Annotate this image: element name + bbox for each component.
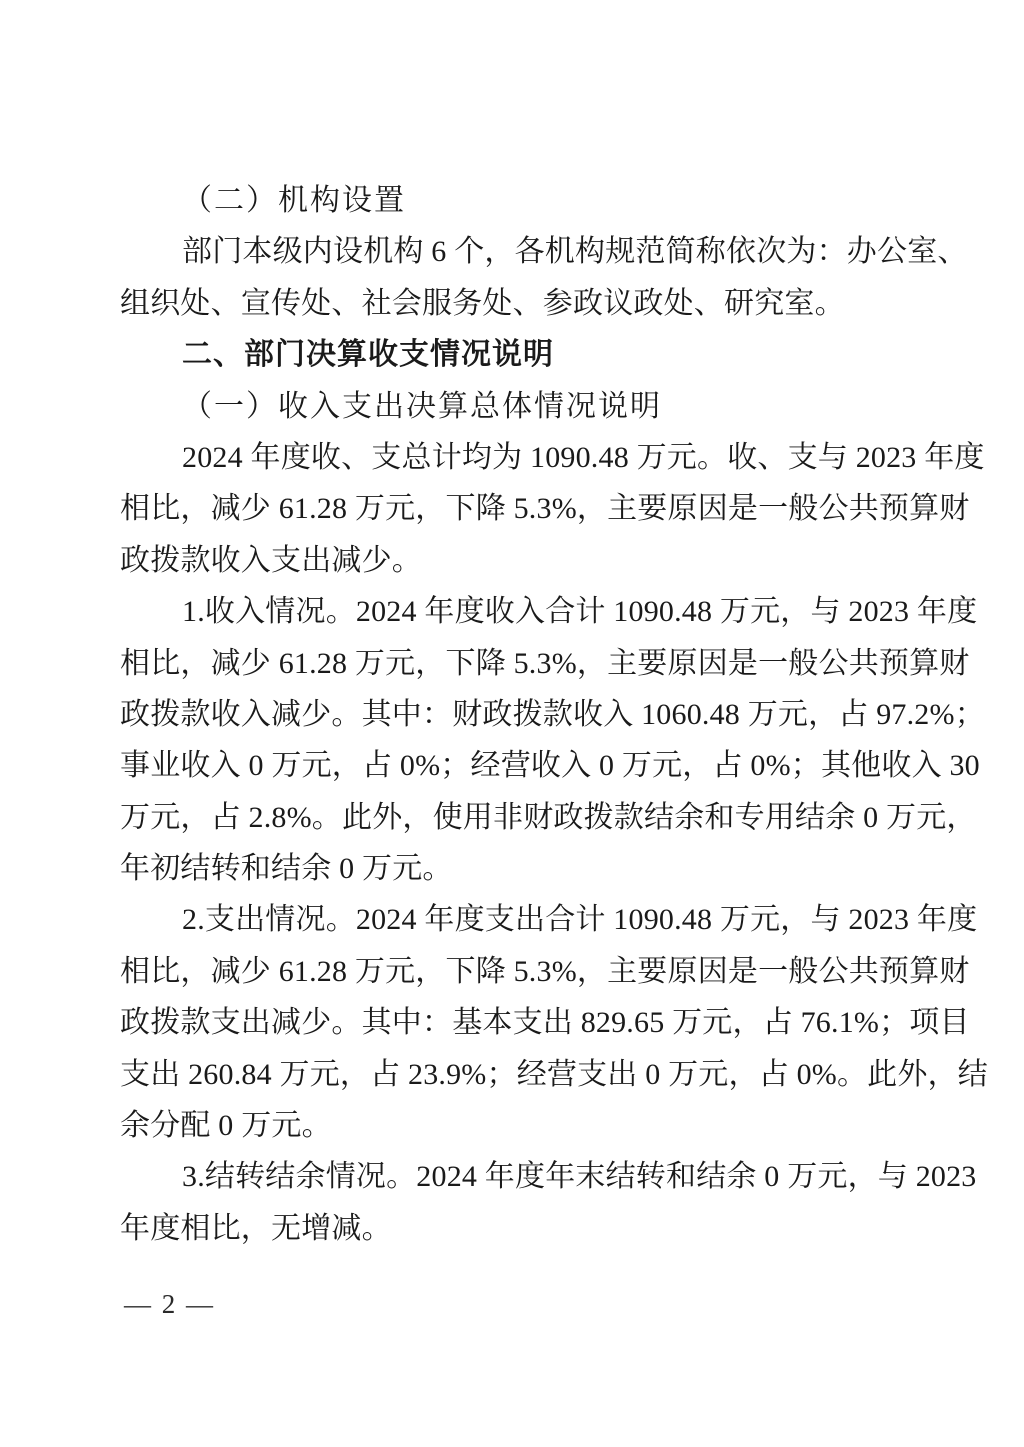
carryover-line-2: 年度相比，无增减。: [120, 1203, 908, 1254]
income-line-5: 万元，占 2.8%。此外，使用非财政拨款结余和专用结余 0 万元，: [120, 792, 908, 843]
income-line-6: 年初结转和结余 0 万元。: [120, 843, 908, 894]
heading-org-setup: （二）机构设置: [120, 175, 908, 226]
expenditure-line-5: 余分配 0 万元。: [120, 1100, 908, 1151]
document-page: （二）机构设置 部门本级内设机构 6 个，各机构规范简称依次为：办公室、 组织处…: [0, 0, 1024, 1447]
expenditure-line-3: 政拨款支出减少。其中：基本支出 829.65 万元，占 76.1%；项目: [120, 997, 908, 1048]
page-number: — 2 —: [124, 1288, 215, 1320]
org-setup-line-1: 部门本级内设机构 6 个，各机构规范简称依次为：办公室、: [120, 226, 908, 277]
income-line-4: 事业收入 0 万元，占 0%；经营收入 0 万元，占 0%；其他收入 30: [120, 740, 908, 791]
income-line-1: 1.收入情况。2024 年度收入合计 1090.48 万元，与 2023 年度: [120, 586, 908, 637]
income-line-3: 政拨款收入减少。其中：财政拨款收入 1060.48 万元，占 97.2%；: [120, 689, 908, 740]
heading-section-2-1: （一）收入支出决算总体情况说明: [120, 381, 908, 432]
income-line-2: 相比，减少 61.28 万元，下降 5.3%，主要原因是一般公共预算财: [120, 638, 908, 689]
overview-line-1: 2024 年度收、支总计均为 1090.48 万元。收、支与 2023 年度: [120, 432, 908, 483]
expenditure-line-1: 2.支出情况。2024 年度支出合计 1090.48 万元，与 2023 年度: [120, 894, 908, 945]
carryover-line-1: 3.结转结余情况。2024 年度年末结转和结余 0 万元，与 2023: [120, 1151, 908, 1202]
org-setup-line-2: 组织处、宣传处、社会服务处、参政议政处、研究室。: [120, 278, 908, 329]
expenditure-line-4: 支出 260.84 万元，占 23.9%；经营支出 0 万元，占 0%。此外，结: [120, 1049, 908, 1100]
overview-line-2: 相比，减少 61.28 万元，下降 5.3%，主要原因是一般公共预算财: [120, 483, 908, 534]
expenditure-line-2: 相比，减少 61.28 万元，下降 5.3%，主要原因是一般公共预算财: [120, 946, 908, 997]
heading-section-2: 二、部门决算收支情况说明: [120, 329, 908, 380]
document-content: （二）机构设置 部门本级内设机构 6 个，各机构规范简称依次为：办公室、 组织处…: [120, 175, 908, 1254]
overview-line-3: 政拨款收入支出减少。: [120, 535, 908, 586]
